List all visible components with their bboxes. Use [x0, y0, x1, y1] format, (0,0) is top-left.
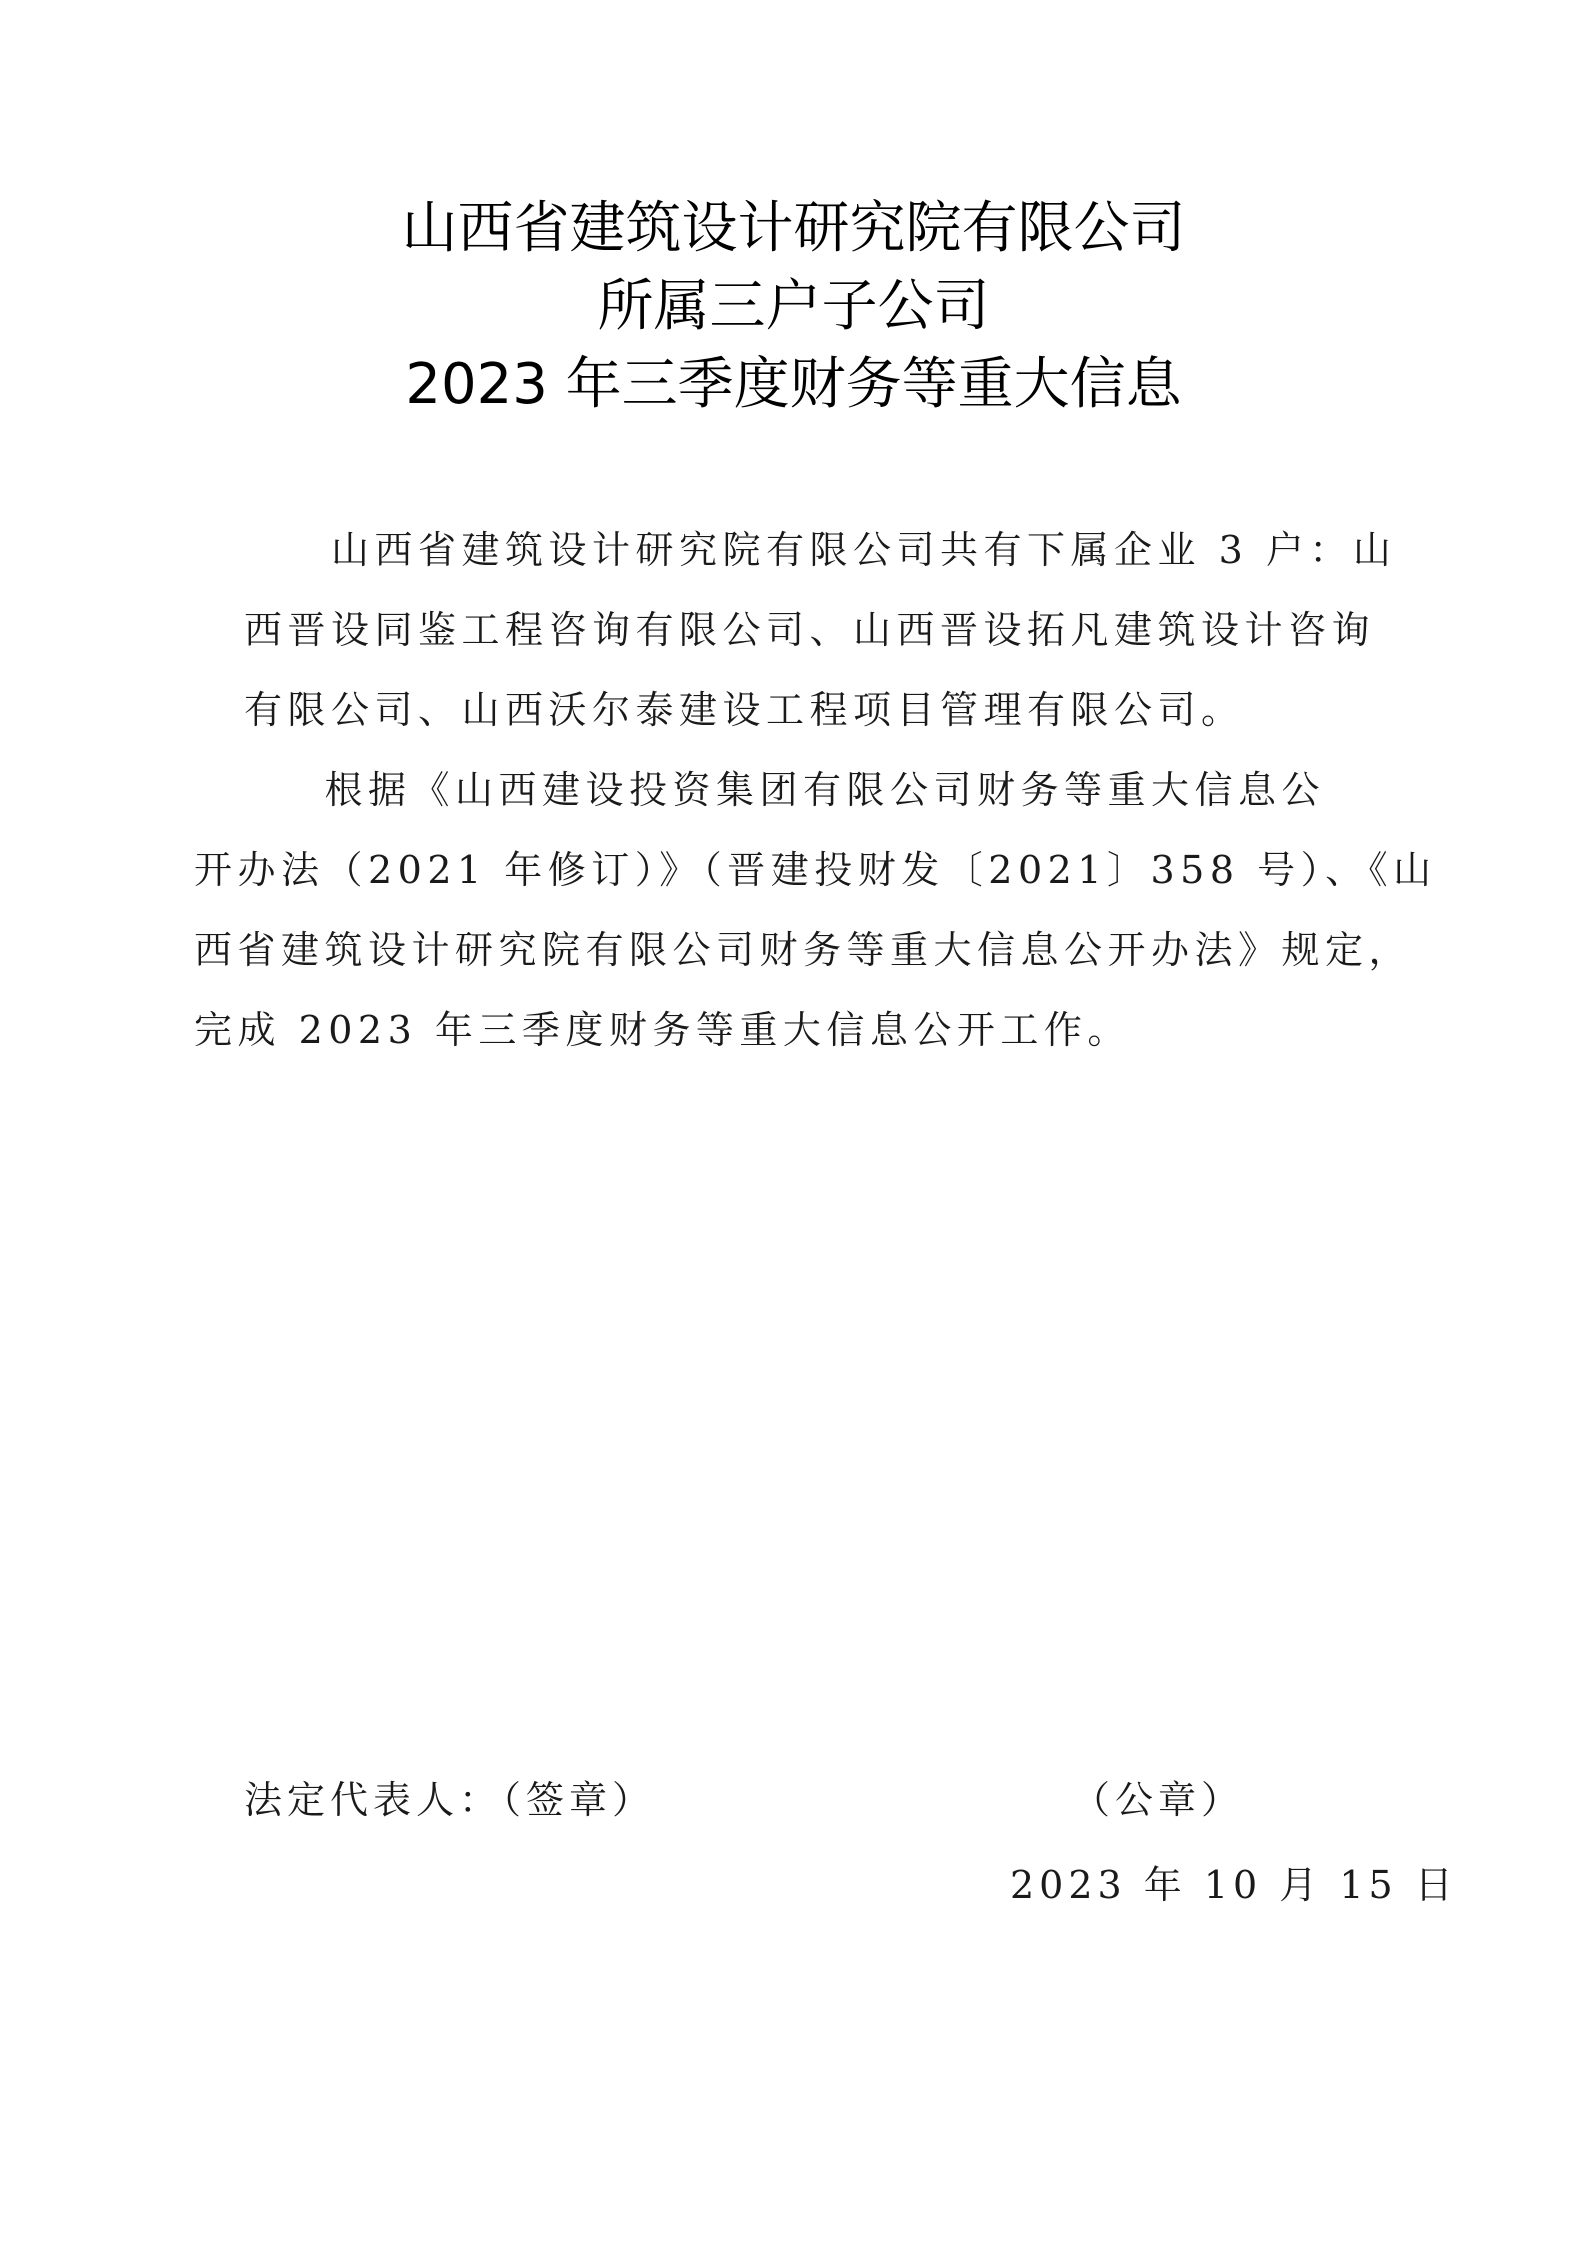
title-line-report: 2023 年三季度财务等重大信息 [0, 346, 1587, 424]
company-seal-label: （公章） [1072, 1770, 1244, 1830]
paragraph-line: 山西省建筑设计研究院有限公司共有下属企业 3 户：山 [244, 510, 1344, 590]
paragraph-basis: 根据《山西建设投资集团有限公司财务等重大信息公 开办法（2021 年修订）》（晋… [194, 750, 1344, 1070]
document-date: 2023 年 10 月 15 日 [1010, 1855, 1458, 1915]
title-line-subsidiaries: 所属三户子公司 [0, 268, 1587, 346]
paragraph-line: 开办法（2021 年修订）》（晋建投财发〔2021〕358 号）、《山 [194, 830, 1344, 910]
document-title: 山西省建筑设计研究院有限公司 所属三户子公司 2023 年三季度财务等重大信息 [0, 190, 1587, 424]
title-line-company: 山西省建筑设计研究院有限公司 [0, 190, 1587, 268]
document-page: 山西省建筑设计研究院有限公司 所属三户子公司 2023 年三季度财务等重大信息 … [0, 0, 1587, 2245]
paragraph-line: 根据《山西建设投资集团有限公司财务等重大信息公 [194, 750, 1344, 830]
paragraph-line: 西省建筑设计研究院有限公司财务等重大信息公开办法》规定， [194, 910, 1344, 990]
paragraph-line: 西晋设同鉴工程咨询有限公司、山西晋设拓凡建筑设计咨询 [244, 590, 1344, 670]
paragraph-line: 完成 2023 年三季度财务等重大信息公开工作。 [194, 990, 1344, 1070]
paragraph-line: 有限公司、山西沃尔泰建设工程项目管理有限公司。 [244, 670, 1344, 750]
legal-representative-signature: 法定代表人：（签章） [244, 1770, 655, 1830]
paragraph-subsidiaries: 山西省建筑设计研究院有限公司共有下属企业 3 户：山 西晋设同鉴工程咨询有限公司… [244, 510, 1344, 750]
